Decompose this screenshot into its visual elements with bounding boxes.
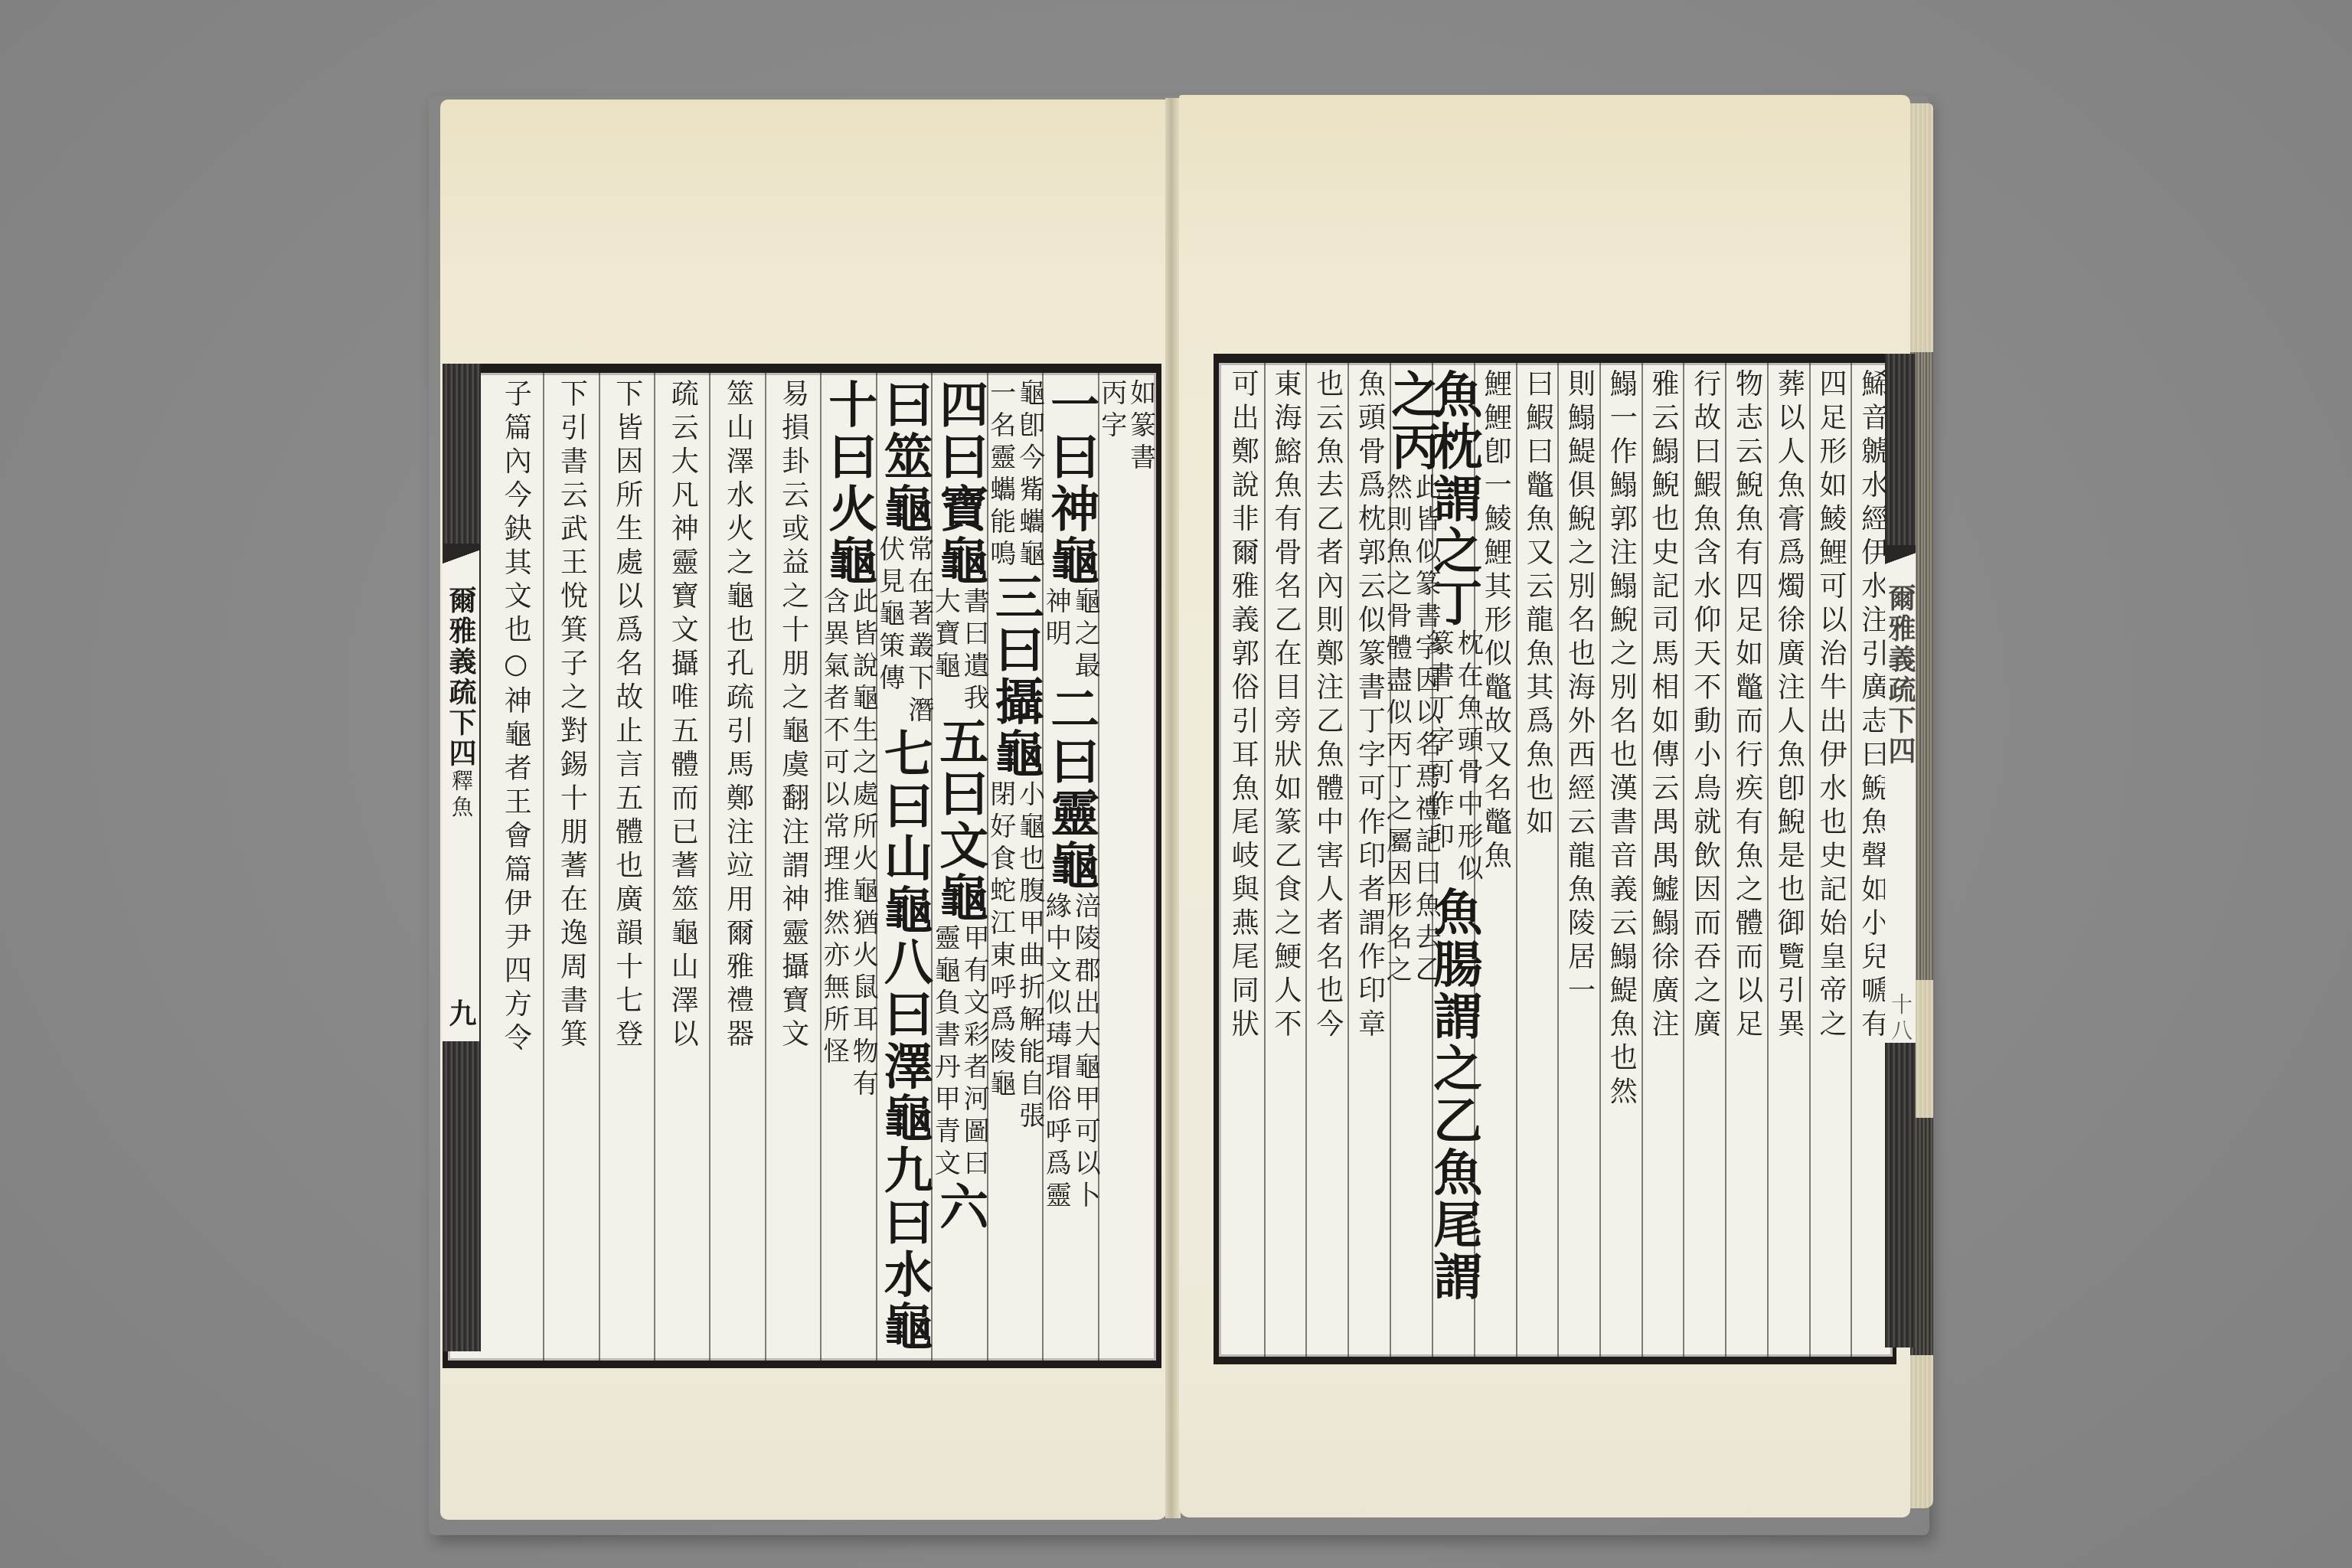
annotation-line-left: 伏見龜策傳 (877, 535, 903, 728)
headword-text: 六 (935, 1181, 984, 1233)
annotation-line-right: 涪陵郡出大龜甲可以卜 (1072, 892, 1098, 1214)
annotation-double-line: 龜卽今觜蠵龜一名靈蠵能鳴 (988, 379, 1043, 572)
book-gutter (1165, 98, 1181, 1518)
annotation-line-left: 大寶龜 (932, 587, 958, 716)
text-column: 疏云大凡神靈寶文攝唯五體而已蓍筮龜山澤以 (654, 373, 709, 1361)
commentary-text: 可出鄭說非爾雅義郭俗引耳魚尾岐與燕尾同狀 (1229, 369, 1256, 1043)
text-column: 行故曰鰕魚含水仰天不動小鳥就飲因而吞之廣 (1683, 363, 1725, 1357)
right-margin-strip: 爾雅義疏下四 十八 (1885, 354, 1916, 1347)
text-column: 十曰火龜此皆說龜生之處所火龜猶火鼠耳物有含異氣者不可以常理推然亦無所怪 (820, 373, 876, 1361)
text-column: 鰨一作鰨郭注鰨鯢之別名也漢書音義云鰨鯷魚也然 (1599, 363, 1641, 1357)
commentary-text: 疏云大凡神靈寶文攝唯五體而已蓍筮龜山澤以 (668, 379, 696, 1053)
headword-text: 七曰山龜八曰澤龜九曰水龜 (880, 728, 929, 1353)
text-column: 曰筮龜常在著叢下潛伏見龜策傳七曰山龜八曰澤龜九曰水龜 (876, 373, 932, 1361)
text-column: 下引書云武王悅箕子之對錫十朋蓍在逸周書箕 (543, 373, 598, 1361)
text-column: 下皆因所生處以爲名故止言五體也廣韻十七登 (599, 373, 654, 1361)
annotation-line-right: 小龜也腹甲曲折解能自張 (1017, 780, 1043, 1134)
text-column: 易損卦云或益之十朋之龜虞翻注謂神靈攝寶文 (765, 373, 820, 1361)
annotation-line-right: 此皆似篆書字因以名焉禮記曰魚去乙 (1413, 473, 1439, 988)
left-strip-black-block-bottom (443, 1041, 479, 1351)
text-column: 也云魚去乙者內則鄭注乙魚體中害人者名也今 (1305, 363, 1347, 1357)
commentary-text: 也云魚去乙者內則鄭注乙魚體中害人者名也今 (1314, 369, 1341, 1043)
left-margin-title: 爾雅義疏下四 (447, 586, 475, 769)
headword-text: 曰筮龜 (880, 379, 929, 535)
commentary-text: 則鰨鯷俱鯢之別名也海外西經云龍魚陵居一 (1566, 369, 1593, 1009)
annotation-double-line: 甲有文彩者河圖曰靈龜負書丹甲青文 (932, 924, 987, 1181)
commentary-text: 子篇內今鈌其文也○神龜者王會篇伊尹四方令 (501, 379, 529, 1057)
annotation-double-line: 龜之最神明 (1043, 587, 1098, 684)
text-column: 之丙此皆似篆書字因以名焉禮記曰魚去乙然則魚之骨體盡似丙丁之屬因形名之 (1390, 363, 1432, 1357)
text-column: 一曰神龜龜之最神明二曰靈龜涪陵郡出大龜甲可以卜緣中文似瑇瑁俗呼爲靈 (1042, 373, 1098, 1361)
text-column: 則鰨鯷俱鯢之別名也海外西經云龍魚陵居一 (1557, 363, 1599, 1357)
left-page-number: 九 (447, 999, 475, 1030)
annotation-line-left: 丙字 (1099, 379, 1125, 475)
headword-text: 五曰文龜 (935, 716, 984, 924)
text-column: 四足形如鯪鯉可以治牛出伊水也史記始皇帝之 (1809, 363, 1851, 1357)
right-printed-frame: 鯑音虩水經伊水注引廣志曰鯢魚聲如小兒嗁有四足形如鯪鯉可以治牛出伊水也史記始皇帝之… (1214, 354, 1896, 1364)
headword-text: 四曰寶龜 (935, 379, 984, 587)
left-margin-strip: 爾雅義疏下四 釋魚 九 (443, 364, 481, 1351)
annotation-line-right: 枕在魚頭骨中形似 (1455, 629, 1481, 887)
annotation-line-right: 此皆說龜生之處所火龜猶火鼠耳物有 (850, 587, 876, 1102)
annotation-double-line: 小龜也腹甲曲折解能自張閉好食蛇江東呼爲陵龜 (988, 780, 1043, 1134)
text-column: 魚頭骨爲枕郭云似篆書丁字可作印者謂作印章 (1347, 363, 1390, 1357)
headword-text: 之丙 (1387, 369, 1436, 473)
left-margin-section: 釋魚 (450, 769, 472, 822)
annotation-line-right: 龜卽今觜蠵龜 (1017, 379, 1043, 572)
right-text-columns: 鯑音虩水經伊水注引廣志曰鯢魚聲如小兒嗁有四足形如鯪鯉可以治牛出伊水也史記始皇帝之… (1222, 363, 1893, 1357)
commentary-text: 下引書云武王悅箕子之對錫十朋蓍在逸周書箕 (558, 379, 586, 1053)
annotation-line-right: 書曰遺我 (961, 587, 987, 716)
left-strip-black-block-top (443, 364, 479, 544)
annotation-line-left: 一名靈蠵能鳴 (988, 379, 1014, 572)
text-column: 曰鰕曰鼈魚又云龍魚其爲魚也如 (1516, 363, 1558, 1357)
left-fishtail-icon (443, 544, 479, 574)
text-column: 四曰寶龜書曰遺我大寶龜五曰文龜甲有文彩者河圖曰靈龜負書丹甲青文六 (931, 373, 987, 1361)
annotation-line-right: 龜之最 (1072, 587, 1098, 684)
right-strip-black-block-top (1885, 354, 1916, 545)
commentary-text: 易損卦云或益之十朋之龜虞翻注謂神靈攝寶文 (779, 379, 807, 1053)
annotation-double-line: 此皆說龜生之處所火龜猶火鼠耳物有含異氣者不可以常理推然亦無所怪 (821, 587, 876, 1102)
left-text-columns: 如篆書丙字一曰神龜龜之最神明二曰靈龜涪陵郡出大龜甲可以卜緣中文似瑇瑁俗呼爲靈龜卽… (488, 373, 1153, 1361)
commentary-text: 鯉鯉卽一鯪鯉其形似鼈故又名鼈魚 (1481, 369, 1509, 874)
annotation-line-left: 緣中文似瑇瑁俗呼爲靈 (1043, 892, 1069, 1214)
commentary-text: 四足形如鯪鯉可以治牛出伊水也史記始皇帝之 (1817, 369, 1844, 1043)
right-page-number: 十八 (1890, 993, 1911, 1045)
right-margin-title: 爾雅義疏下四 (1886, 583, 1914, 767)
commentary-text: 鰨一作鰨郭注鰨鯢之別名也漢書音義云鰨鯷魚也然 (1607, 369, 1635, 1110)
annotation-double-line: 書曰遺我大寶龜 (932, 587, 987, 716)
commentary-text: 魚頭骨爲枕郭云似篆書丁字可作印者謂作印章 (1355, 369, 1383, 1043)
text-column: 雅云鰨鯢也史記司馬相如傳云禺禺鱋鰨徐廣注 (1641, 363, 1684, 1357)
text-column: 可出鄭說非爾雅義郭俗引耳魚尾岐與燕尾同狀 (1222, 363, 1264, 1357)
commentary-text: 曰鰕曰鼈魚又云龍魚其爲魚也如 (1524, 369, 1551, 841)
annotation-double-line: 常在著叢下潛伏見龜策傳 (877, 535, 932, 728)
commentary-text: 葬以人魚膏爲燭徐廣注人魚卽鯢是也御覽引異 (1775, 369, 1802, 1043)
commentary-text: 物志云鯢魚有四足如鼈而行疾有魚之體而以足 (1733, 369, 1760, 1043)
annotation-line-right: 如篆書 (1128, 379, 1154, 475)
text-column: 如篆書丙字 (1098, 373, 1154, 1361)
annotation-line-left: 含異氣者不可以常理推然亦無所怪 (821, 587, 847, 1102)
text-column: 葬以人魚膏爲燭徐廣注人魚卽鯢是也御覽引異 (1767, 363, 1809, 1357)
annotation-double-line: 如篆書丙字 (1099, 379, 1154, 475)
annotation-line-left: 閉好食蛇江東呼爲陵龜 (988, 780, 1014, 1134)
text-column: 筮山澤水火之龜也孔疏引馬鄭注竝用爾雅禮器 (709, 373, 764, 1361)
text-column: 物志云鯢魚有四足如鼈而行疾有魚之體而以足 (1725, 363, 1767, 1357)
annotation-line-right: 常在著叢下潛 (906, 535, 932, 728)
commentary-text: 行故曰鰕魚含水仰天不動小鳥就飲因而吞之廣 (1691, 369, 1719, 1043)
commentary-text: 東海鰫魚有骨名乙在目旁狀如篆乙食之鯁人不 (1272, 369, 1299, 1043)
headword-text: 十曰火龜 (824, 379, 873, 587)
commentary-text: 雅云鰨鯢也史記司馬相如傳云禺禺鱋鰨徐廣注 (1649, 369, 1677, 1043)
headword-text: 三曰攝龜 (991, 572, 1040, 780)
right-fishtail-icon (1885, 545, 1916, 576)
commentary-text: 鯑音虩水經伊水注引廣志曰鯢魚聲如小兒嗁有 (1859, 369, 1886, 1043)
text-column: 子篇內今鈌其文也○神龜者王會篇伊尹四方令 (488, 373, 543, 1361)
annotation-double-line: 此皆似篆書字因以名焉禮記曰魚去乙然則魚之骨體盡似丙丁之屬因形名之 (1383, 473, 1439, 988)
commentary-text: 下皆因所生處以爲名故止言五體也廣韻十七登 (613, 379, 641, 1053)
text-column: 龜卽今觜蠵龜一名靈蠵能鳴三曰攝龜小龜也腹甲曲折解能自張閉好食蛇江東呼爲陵龜 (987, 373, 1043, 1361)
annotation-line-right: 甲有文彩者河圖曰 (961, 924, 987, 1181)
text-column: 東海鰫魚有骨名乙在目旁狀如篆乙食之鯁人不 (1264, 363, 1306, 1357)
annotation-double-line: 涪陵郡出大龜甲可以卜緣中文似瑇瑁俗呼爲靈 (1043, 892, 1098, 1214)
annotation-line-left: 靈龜負書丹甲青文 (932, 924, 958, 1181)
annotation-line-left: 神明 (1043, 587, 1069, 684)
headword-text: 二曰靈龜 (1046, 684, 1095, 892)
right-strip-black-block-bottom (1885, 1043, 1916, 1347)
headword-text: 一曰神龜 (1046, 379, 1095, 587)
left-printed-frame: 如篆書丙字一曰神龜龜之最神明二曰靈龜涪陵郡出大龜甲可以卜緣中文似瑇瑁俗呼爲靈龜卽… (443, 364, 1161, 1368)
commentary-text: 筮山澤水火之龜也孔疏引馬鄭注竝用爾雅禮器 (724, 379, 752, 1053)
